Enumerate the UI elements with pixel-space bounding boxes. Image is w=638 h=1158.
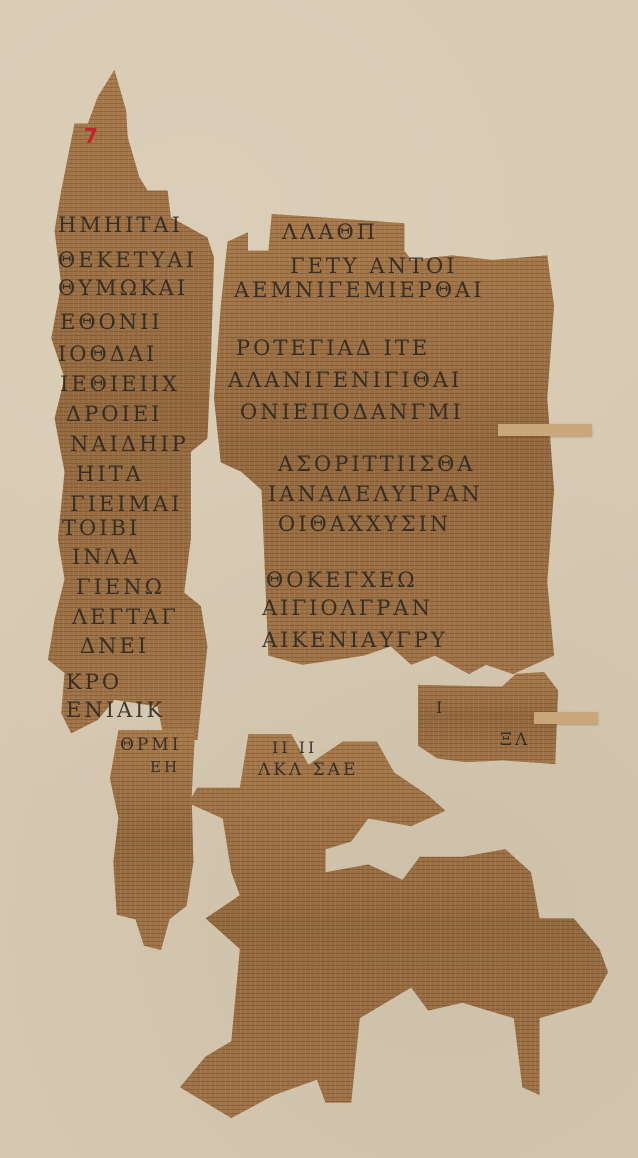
- text-line: Ι: [436, 698, 445, 717]
- text-line: ΕΝΙΑΙΚ: [66, 698, 165, 722]
- text-line: ΗΙΤΑ: [76, 462, 144, 486]
- text-line: ΙΙ ΙΙ: [272, 738, 317, 757]
- text-line: ΓΙΕΙΜΑΙ: [70, 492, 182, 516]
- text-line: ΑΣΟΡΙΤΤΙΙΣΘΑ: [278, 452, 476, 476]
- text-line: ΓΙΕΝΩ: [76, 575, 165, 599]
- text-line: ΑΙΓΙΟΛΓΡΑΝ: [262, 596, 433, 620]
- mounting-strip-upper: [498, 424, 592, 436]
- text-line: ΙΕΘΙΕΙΙΧ: [60, 372, 180, 396]
- text-line: ΛΚΛ ΣΑΕ: [258, 760, 358, 780]
- text-line: ΑΙΚΕΝΙΑΥΓΡΥ: [262, 628, 448, 652]
- mounting-strip-lower: [534, 712, 598, 724]
- text-line: ΡΟΤΕΓΙΑΔ ΙΤΕ: [236, 336, 430, 360]
- text-line: ΟΙΘΑΧΧΥΣΙΝ: [278, 512, 451, 536]
- text-line: ΚΡΟ: [66, 670, 122, 694]
- text-line: ΤΟΙΒΙ: [62, 516, 140, 540]
- red-number-mark: 7: [84, 124, 98, 148]
- text-line: ΟΝΙΕΠΟΔΑΝΓΜΙ: [240, 400, 464, 424]
- text-line: ΘΕΚΕΤΥΑΙ: [58, 248, 197, 272]
- text-line: ΗΜΗΙΤΑΙ: [58, 213, 183, 237]
- text-line: ΘΥΜΩΚΑΙ: [58, 276, 188, 300]
- text-line: ΘΟΚΕΓΧΕΩ: [266, 568, 418, 592]
- text-line: ΞΛ: [500, 730, 530, 750]
- text-line: ΛΛΑΘΠ: [282, 220, 378, 244]
- text-line: ΘΡΜΙ: [120, 735, 182, 755]
- text-line: ΙΝΛΑ: [72, 545, 141, 569]
- text-line: ΔΡΟΙΕΙ: [66, 402, 162, 426]
- text-line: ΑΛΑΝΙΓΕΝΙΓΙΘΑΙ: [228, 368, 462, 392]
- text-line: ΓΕΤΥ ΑΝΤΟΙ: [290, 254, 458, 278]
- text-line: ΝΑΙΔΗΙΡ: [70, 432, 189, 456]
- text-line: ΙΟΘΔΑΙ: [58, 342, 157, 366]
- text-line: ΔΝΕΙ: [80, 634, 149, 658]
- text-line: ΛΕΓΤΑΓ: [72, 605, 179, 629]
- text-line: ΕΘΟΝΙΙ: [60, 310, 163, 334]
- text-line: ΕΗ: [150, 758, 180, 776]
- text-line: ΑΕΜΝΙΓΕΜΙΕΡΘΑΙ: [234, 278, 485, 302]
- text-line: ΙΑΝΑΔΕΛΥΓΡΑΝ: [268, 482, 483, 506]
